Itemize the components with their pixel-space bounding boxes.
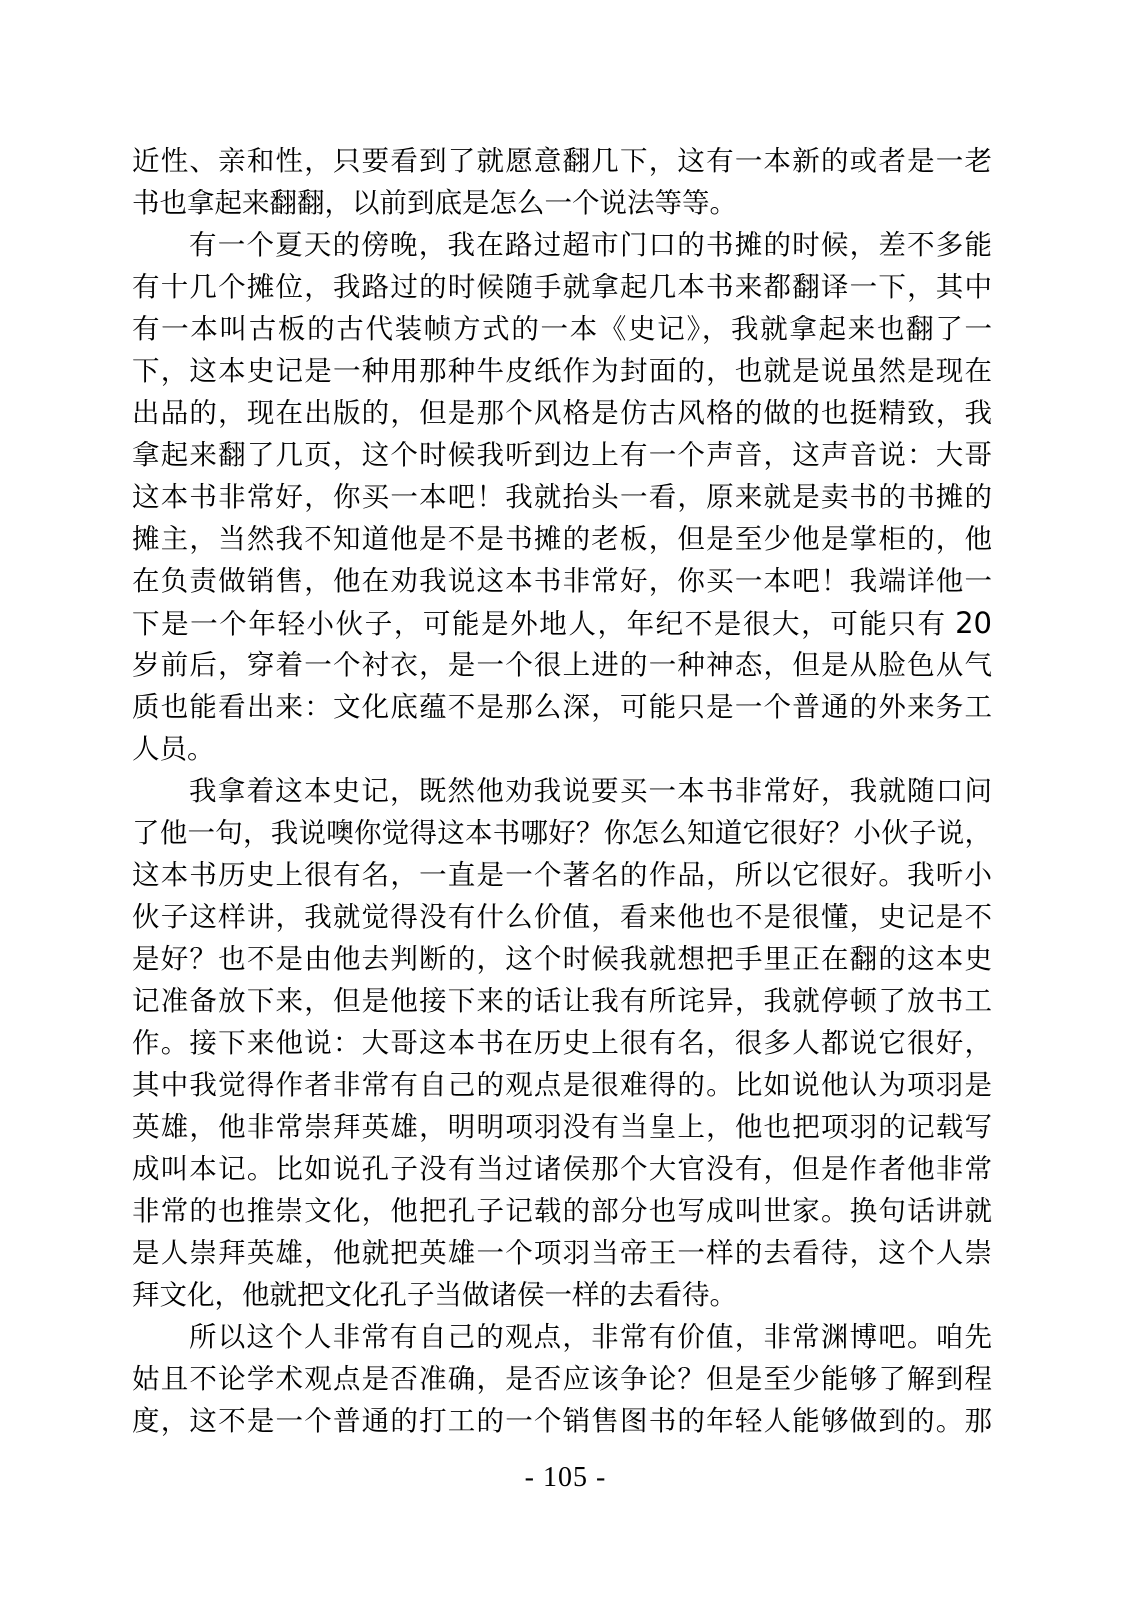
- text-line: 书也拿起来翻翻，以前到底是怎么一个说法等等。: [132, 182, 992, 224]
- inline-number: 20: [955, 606, 992, 640]
- text-line: 下，这本史记是一种用那种牛皮纸作为封面的，也就是说虽然是现在: [132, 350, 992, 392]
- text-line: 所以这个人非常有自己的观点，非常有价值，非常渊博吧。咱先: [132, 1316, 992, 1358]
- text-line: 岁前后，穿着一个衬衣，是一个很上进的一种神态，但是从脸色从气: [132, 644, 992, 686]
- text-line: 下是一个年轻小伙子，可能是外地人，年纪不是很大，可能只有 20: [132, 602, 992, 644]
- text-line: 有十几个摊位，我路过的时候随手就拿起几本书来都翻译一下，其中: [132, 266, 992, 308]
- text-line: 拜文化，他就把文化孔子当做诸侯一样的去看待。: [132, 1274, 992, 1316]
- text-line: 是好？也不是由他去判断的，这个时候我就想把手里正在翻的这本史: [132, 938, 992, 980]
- text-line: 成叫本记。比如说孔子没有当过诸侯那个大官没有，但是作者他非常: [132, 1148, 992, 1190]
- text-line: 有一个夏天的傍晚，我在路过超市门口的书摊的时候，差不多能: [132, 224, 992, 266]
- text-line: 在负责做销售，他在劝我说这本书非常好，你买一本吧！我端详他一: [132, 560, 992, 602]
- text-line: 出品的，现在出版的，但是那个风格是仿古风格的做的也挺精致，我: [132, 392, 992, 434]
- document-page: 近性、亲和性，只要看到了就愿意翻几下，这有一本新的或者是一老书也拿起来翻翻，以前…: [0, 0, 1131, 1600]
- text-line: 记准备放下来，但是他接下来的话让我有所诧异，我就停顿了放书工: [132, 980, 992, 1022]
- text-line: 摊主，当然我不知道他是不是书摊的老板，但是至少他是掌柜的，他: [132, 518, 992, 560]
- text-line: 是人崇拜英雄，他就把英雄一个项羽当帝王一样的去看待，这个人崇: [132, 1232, 992, 1274]
- text-line: 作。接下来他说：大哥这本书在历史上很有名，很多人都说它很好，: [132, 1022, 992, 1064]
- text-line: 度，这不是一个普通的打工的一个销售图书的年轻人能够做到的。那: [132, 1400, 992, 1442]
- text-line: 这本书历史上很有名，一直是一个著名的作品，所以它很好。我听小: [132, 854, 992, 896]
- text-line: 我拿着这本史记，既然他劝我说要买一本书非常好，我就随口问: [132, 770, 992, 812]
- text-line: 人员。: [132, 728, 992, 770]
- page-footer: - 105 -: [0, 1460, 1131, 1496]
- text-line: 有一本叫古板的古代装帧方式的一本《史记》，我就拿起来也翻了一: [132, 308, 992, 350]
- text-line: 近性、亲和性，只要看到了就愿意翻几下，这有一本新的或者是一老: [132, 140, 992, 182]
- page-body: 近性、亲和性，只要看到了就愿意翻几下，这有一本新的或者是一老书也拿起来翻翻，以前…: [132, 140, 992, 1442]
- text-line: 非常的也推崇文化，他把孔子记载的部分也写成叫世家。换句话讲就: [132, 1190, 992, 1232]
- text-line: 伙子这样讲，我就觉得没有什么价值，看来他也不是很懂，史记是不: [132, 896, 992, 938]
- text-line: 姑且不论学术观点是否准确，是否应该争论？但是至少能够了解到程: [132, 1358, 992, 1400]
- text-line: 英雄，他非常崇拜英雄，明明项羽没有当皇上，他也把项羽的记载写: [132, 1106, 992, 1148]
- text-line: 这本书非常好，你买一本吧！我就抬头一看，原来就是卖书的书摊的: [132, 476, 992, 518]
- text-line: 拿起来翻了几页，这个时候我听到边上有一个声音，这声音说：大哥: [132, 434, 992, 476]
- text-line: 质也能看出来：文化底蕴不是那么深，可能只是一个普通的外来务工: [132, 686, 992, 728]
- text-line: 了他一句，我说噢你觉得这本书哪好？你怎么知道它很好？小伙子说，: [132, 812, 992, 854]
- text-line: 其中我觉得作者非常有自己的观点是很难得的。比如说他认为项羽是: [132, 1064, 992, 1106]
- page-number: - 105 -: [525, 1462, 607, 1493]
